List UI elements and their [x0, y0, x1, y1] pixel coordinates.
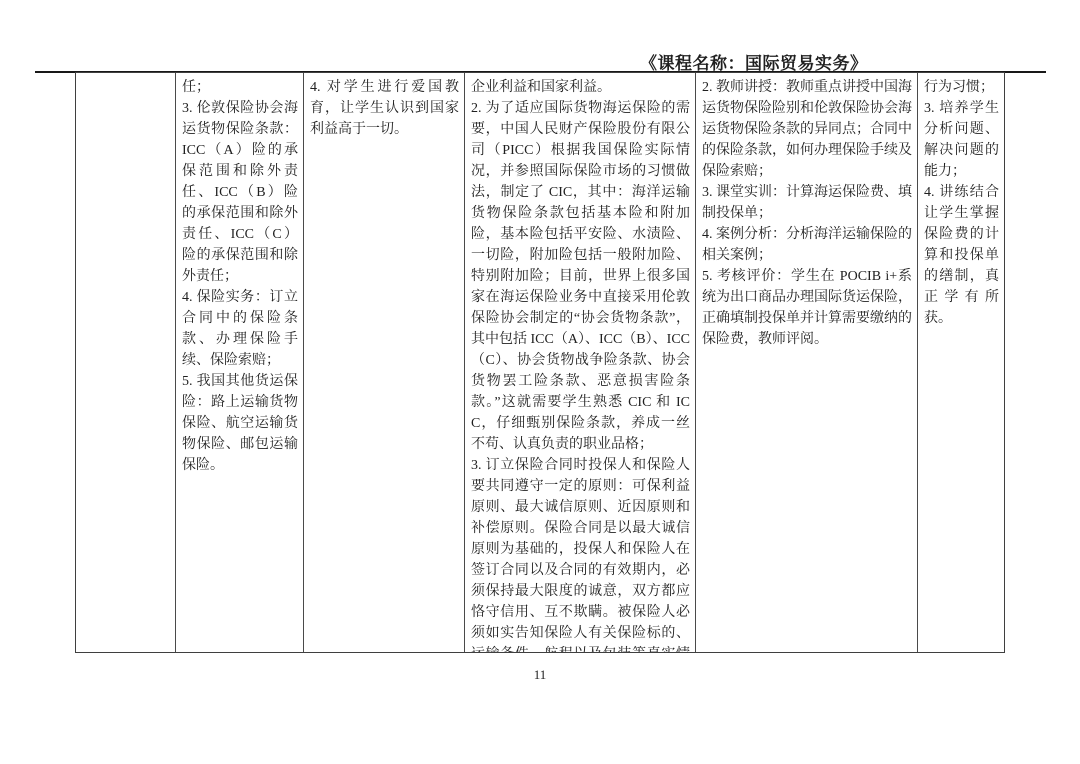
course-table: 任； 3. 伦敦保险协会海运货物保险条款：ICC（A）险的承保范围和除外责任、I…	[75, 72, 1005, 653]
paragraph: 5. 考核评价：学生在 POCIB i+系统为出口商品办理国际货运保险，正确填制…	[702, 266, 912, 350]
paragraph: 4. 对学生进行爱国教育，让学生认识到国家利益高于一切。	[310, 77, 459, 140]
paragraph: 任；	[182, 77, 298, 98]
paragraph: 2. 为了适应国际货物海运保险的需要，中国人民财产保险股份有限公司（PICC）根…	[471, 98, 690, 455]
page-number: 11	[0, 667, 1080, 683]
paragraph: 3. 培养学生分析问题、解决问题的能力；	[924, 98, 999, 182]
paragraph: 3. 伦敦保险协会海运货物保险条款：ICC（A）险的承保范围和除外责任、ICC（…	[182, 98, 298, 287]
paragraph: 4. 保险实务：订立合同中的保险条款、办理保险手续、保险索赔；	[182, 287, 298, 371]
table-cell-3: 4. 对学生进行爱国教育，让学生认识到国家利益高于一切。	[304, 73, 465, 652]
paragraph: 4. 讲练结合让学生掌握保险费的计算和投保单的缮制，真正学有所获。	[924, 182, 999, 329]
paragraph: 行为习惯；	[924, 77, 999, 98]
document-page: 《课程名称：国际贸易实务》 任； 3. 伦敦保险协会海运货物保险条款：ICC（A…	[0, 0, 1080, 764]
paragraph: 2. 教师讲授：教师重点讲授中国海运货物保险险别和伦敦保险协会海运货物保险条款的…	[702, 77, 912, 182]
table-cell-4: 企业利益和国家利益。 2. 为了适应国际货物海运保险的需要，中国人民财产保险股份…	[465, 73, 696, 652]
paragraph: 3. 课堂实训：计算海运保险费、填制投保单；	[702, 182, 912, 224]
paragraph: 企业利益和国家利益。	[471, 77, 690, 98]
table-cell-5: 2. 教师讲授：教师重点讲授中国海运货物保险险别和伦敦保险协会海运货物保险条款的…	[696, 73, 918, 652]
paragraph: 3. 订立保险合同时投保人和保险人要共同遵守一定的原则：可保利益原则、最大诚信原…	[471, 455, 690, 652]
table-cell-1	[76, 73, 176, 652]
table-cell-2: 任； 3. 伦敦保险协会海运货物保险条款：ICC（A）险的承保范围和除外责任、I…	[176, 73, 304, 652]
paragraph: 5. 我国其他货运保险：路上运输货物保险、航空运输货物保险、邮包运输保险。	[182, 371, 298, 476]
paragraph: 4. 案例分析：分析海洋运输保险的相关案例；	[702, 224, 912, 266]
table-cell-6: 行为习惯； 3. 培养学生分析问题、解决问题的能力； 4. 讲练结合让学生掌握保…	[918, 73, 1004, 652]
